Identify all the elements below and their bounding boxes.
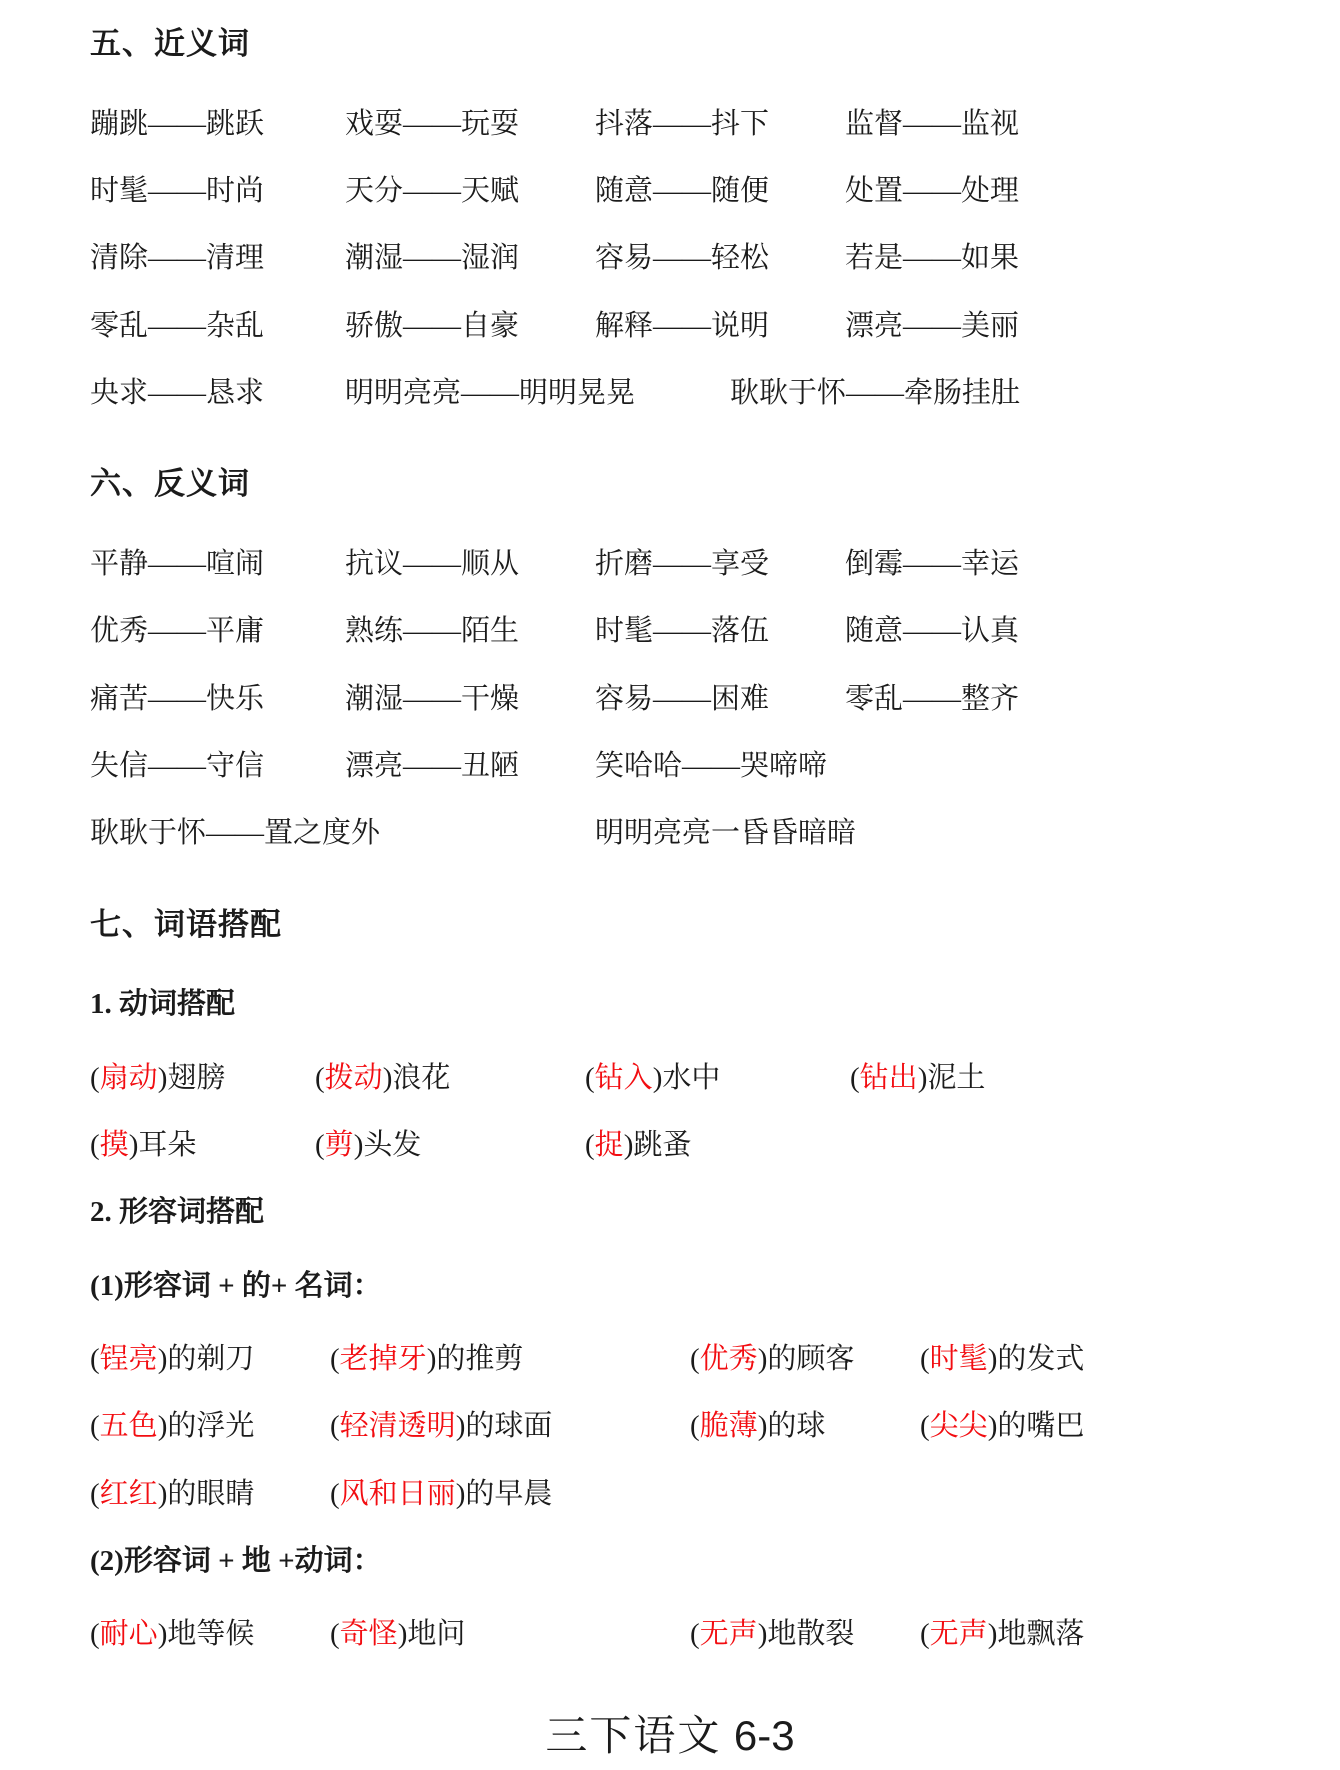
word-pair: 耿耿于怀——置之度外	[90, 817, 595, 850]
answer-word: 无声	[930, 1618, 988, 1650]
collocation-item: (耐心)地等候	[90, 1618, 330, 1651]
answer-word: 扇动	[100, 1062, 158, 1094]
word-pair: 容易——轻松	[595, 242, 845, 275]
subsection-heading: (1)形容词 + 的+ 名词：	[90, 1270, 1250, 1303]
paren-open: (	[330, 1478, 340, 1510]
answer-word: 钻入	[595, 1062, 653, 1094]
answer-word: 五色	[100, 1410, 158, 1442]
collocation-item: (钻入)水中	[585, 1062, 850, 1095]
answer-word: 锃亮	[100, 1343, 158, 1375]
collocation-tail: )地散裂	[758, 1618, 855, 1650]
word-pair: 潮湿——湿润	[345, 242, 595, 275]
collocation-item: (摸)耳朵	[90, 1129, 315, 1162]
pair-row: 零乱——杂乱骄傲——自豪解释——说明漂亮——美丽	[90, 310, 1250, 343]
collocation-tail: )耳朵	[129, 1129, 197, 1161]
collocation-tail: )浪花	[383, 1062, 451, 1094]
subsection-heading: 2. 形容词搭配	[90, 1196, 1250, 1229]
word-pair: 随意——随便	[595, 175, 845, 208]
footer-page-number: 6-3	[734, 1712, 795, 1759]
section-title: 六、反义词	[90, 466, 1250, 502]
word-pair: 骄傲——自豪	[345, 310, 595, 343]
word-pair: 失信——守信	[90, 750, 345, 783]
collocation-item: (时髦)的发式	[920, 1343, 1250, 1376]
answer-word: 时髦	[930, 1343, 988, 1375]
collocation-row: (五色)的浮光(轻清透明)的球面(脆薄)的球(尖尖)的嘴巴	[90, 1410, 1250, 1443]
word-pair: 熟练——陌生	[345, 615, 595, 648]
answer-word: 摸	[100, 1129, 129, 1161]
word-pair: 明明亮亮——明明晃晃	[345, 377, 730, 410]
footer-course-label: 三下语文	[545, 1714, 721, 1760]
paren-open: (	[90, 1129, 100, 1161]
pair-row: 清除——清理潮湿——湿润容易——轻松若是——如果	[90, 242, 1250, 275]
collocation-item: (优秀)的顾客	[690, 1343, 920, 1376]
pair-row: 优秀——平庸熟练——陌生时髦——落伍随意——认真	[90, 615, 1250, 648]
word-pair: 平静——喧闹	[90, 548, 345, 581]
answer-word: 尖尖	[930, 1410, 988, 1442]
pair-row: 央求——恳求明明亮亮——明明晃晃耿耿于怀——牵肠挂肚	[90, 377, 1250, 410]
answer-word: 脆薄	[700, 1410, 758, 1442]
section-title: 七、词语搭配	[90, 907, 1250, 943]
collocation-tail: )的剃刀	[158, 1343, 255, 1375]
paren-open: (	[315, 1129, 325, 1161]
paren-open: (	[690, 1410, 700, 1442]
collocation-tail: )地问	[398, 1618, 466, 1650]
collocation-tail: )的球面	[456, 1410, 553, 1442]
word-pair: 容易——困难	[595, 683, 845, 716]
word-pair: 漂亮——丑陋	[345, 750, 595, 783]
collocation-tail: )的发式	[988, 1343, 1085, 1375]
collocation-row: (锃亮)的剃刀(老掉牙)的推剪(优秀)的顾客(时髦)的发式	[90, 1343, 1250, 1376]
collocation-item: (锃亮)的剃刀	[90, 1343, 330, 1376]
collocation-item: (轻清透明)的球面	[330, 1410, 690, 1443]
pair-row: 平静——喧闹抗议——顺从折磨——享受倒霉——幸运	[90, 548, 1250, 581]
collocation-tail: )跳蚤	[624, 1129, 692, 1161]
collocation-row: (摸)耳朵(剪)头发(捉)跳蚤	[90, 1129, 1250, 1162]
word-pair: 痛苦——快乐	[90, 683, 345, 716]
collocation-tail: )地飘落	[988, 1618, 1085, 1650]
answer-word: 奇怪	[340, 1618, 398, 1650]
collocation-item: (钻出)泥土	[850, 1062, 1250, 1095]
collocation-item: (扇动)翅膀	[90, 1062, 315, 1095]
paren-open: (	[315, 1062, 325, 1094]
paren-open: (	[690, 1343, 700, 1375]
word-pair: 处置——处理	[845, 175, 1250, 208]
pair-row: 痛苦——快乐潮湿——干燥容易——困难零乱——整齐	[90, 683, 1250, 716]
word-pair: 优秀——平庸	[90, 615, 345, 648]
collocation-row: (耐心)地等候(奇怪)地问(无声)地散裂(无声)地飘落	[90, 1618, 1250, 1651]
answer-word: 捉	[595, 1129, 624, 1161]
answer-word: 剪	[325, 1129, 354, 1161]
word-pair: 天分——天赋	[345, 175, 595, 208]
answer-word: 红红	[100, 1478, 158, 1510]
collocation-row: (扇动)翅膀(拨动)浪花(钻入)水中(钻出)泥土	[90, 1062, 1250, 1095]
word-pair: 零乱——整齐	[845, 683, 1250, 716]
word-pair: 折磨——享受	[595, 548, 845, 581]
word-pair: 抗议——顺从	[345, 548, 595, 581]
pair-row: 蹦跳——跳跃戏耍——玩耍抖落——抖下监督——监视	[90, 108, 1250, 141]
subsection-heading: 1. 动词搭配	[90, 988, 1250, 1021]
collocation-tail: )地等候	[158, 1618, 255, 1650]
pair-row: 时髦——时尚天分——天赋随意——随便处置——处理	[90, 175, 1250, 208]
page-footer: 三下语文 6-3	[0, 1713, 1340, 1760]
collocation-item: (奇怪)地问	[330, 1618, 690, 1651]
collocation-tail: )翅膀	[158, 1062, 226, 1094]
answer-word: 耐心	[100, 1618, 158, 1650]
word-pair: 时髦——落伍	[595, 615, 845, 648]
word-pair: 央求——恳求	[90, 377, 345, 410]
collocation-item: (捉)跳蚤	[585, 1129, 850, 1162]
collocation-tail: )的浮光	[158, 1410, 255, 1442]
paren-open: (	[90, 1410, 100, 1442]
word-pair: 解释——说明	[595, 310, 845, 343]
collocation-tail: )的顾客	[758, 1343, 855, 1375]
pair-row: 耿耿于怀——置之度外明明亮亮一昏昏暗暗	[90, 817, 1250, 850]
collocation-tail: )泥土	[918, 1062, 986, 1094]
paren-open: (	[920, 1343, 930, 1375]
answer-word: 轻清透明	[340, 1410, 456, 1442]
word-pair: 倒霉——幸运	[845, 548, 1250, 581]
collocation-item: (老掉牙)的推剪	[330, 1343, 690, 1376]
paren-open: (	[920, 1618, 930, 1650]
pair-row: 失信——守信漂亮——丑陋笑哈哈——哭啼啼	[90, 750, 1250, 783]
subsection-heading: (2)形容词 + 地 +动词：	[90, 1545, 1250, 1578]
word-pair: 笑哈哈——哭啼啼	[595, 750, 845, 783]
answer-word: 拨动	[325, 1062, 383, 1094]
word-pair: 时髦——时尚	[90, 175, 345, 208]
collocation-row: (红红)的眼睛(风和日丽)的早晨	[90, 1478, 1250, 1511]
word-pair: 戏耍——玩耍	[345, 108, 595, 141]
word-pair: 监督——监视	[845, 108, 1250, 141]
collocation-tail: )的推剪	[427, 1343, 524, 1375]
word-pair: 潮湿——干燥	[345, 683, 595, 716]
collocation-item: (拨动)浪花	[315, 1062, 585, 1095]
word-pair: 蹦跳——跳跃	[90, 108, 345, 141]
collocation-item: (五色)的浮光	[90, 1410, 330, 1443]
word-pair: 随意——认真	[845, 615, 1250, 648]
study-sheet-page: 五、近义词蹦跳——跳跃戏耍——玩耍抖落——抖下监督——监视时髦——时尚天分——天…	[0, 0, 1340, 1770]
word-pair: 清除——清理	[90, 242, 345, 275]
paren-open: (	[90, 1062, 100, 1094]
word-pair: 明明亮亮一昏昏暗暗	[595, 817, 1250, 850]
collocation-item: (尖尖)的嘴巴	[920, 1410, 1250, 1443]
paren-open: (	[330, 1410, 340, 1442]
answer-word: 钻出	[860, 1062, 918, 1094]
paren-open: (	[690, 1618, 700, 1650]
paren-open: (	[330, 1343, 340, 1375]
paren-open: (	[90, 1343, 100, 1375]
answer-word: 无声	[700, 1618, 758, 1650]
collocation-tail: )的嘴巴	[988, 1410, 1085, 1442]
word-pair: 漂亮——美丽	[845, 310, 1250, 343]
collocation-item: (风和日丽)的早晨	[330, 1478, 690, 1511]
paren-open: (	[90, 1618, 100, 1650]
answer-word: 风和日丽	[340, 1478, 456, 1510]
collocation-item: (红红)的眼睛	[90, 1478, 330, 1511]
collocation-tail: )的早晨	[456, 1478, 553, 1510]
paren-open: (	[90, 1478, 100, 1510]
collocation-tail: )的球	[758, 1410, 826, 1442]
collocation-item: (无声)地散裂	[690, 1618, 920, 1651]
paren-open: (	[850, 1062, 860, 1094]
paren-open: (	[585, 1062, 595, 1094]
collocation-item: (无声)地飘落	[920, 1618, 1250, 1651]
answer-word: 优秀	[700, 1343, 758, 1375]
section-title: 五、近义词	[90, 26, 1250, 62]
collocation-item: (剪)头发	[315, 1129, 585, 1162]
collocation-item: (脆薄)的球	[690, 1410, 920, 1443]
word-pair: 若是——如果	[845, 242, 1250, 275]
paren-open: (	[920, 1410, 930, 1442]
section: 六、反义词平静——喧闹抗议——顺从折磨——享受倒霉——幸运优秀——平庸熟练——陌…	[90, 466, 1250, 850]
section: 七、词语搭配1. 动词搭配(扇动)翅膀(拨动)浪花(钻入)水中(钻出)泥土(摸)…	[90, 907, 1250, 1652]
word-pair: 抖落——抖下	[595, 108, 845, 141]
collocation-tail: )水中	[653, 1062, 721, 1094]
answer-word: 老掉牙	[340, 1343, 427, 1375]
paren-open: (	[585, 1129, 595, 1161]
paren-open: (	[330, 1618, 340, 1650]
word-pair: 耿耿于怀——牵肠挂肚	[730, 377, 1250, 410]
document-body: 五、近义词蹦跳——跳跃戏耍——玩耍抖落——抖下监督——监视时髦——时尚天分——天…	[90, 26, 1250, 1652]
collocation-tail: )的眼睛	[158, 1478, 255, 1510]
collocation-tail: )头发	[354, 1129, 422, 1161]
section: 五、近义词蹦跳——跳跃戏耍——玩耍抖落——抖下监督——监视时髦——时尚天分——天…	[90, 26, 1250, 410]
word-pair: 零乱——杂乱	[90, 310, 345, 343]
